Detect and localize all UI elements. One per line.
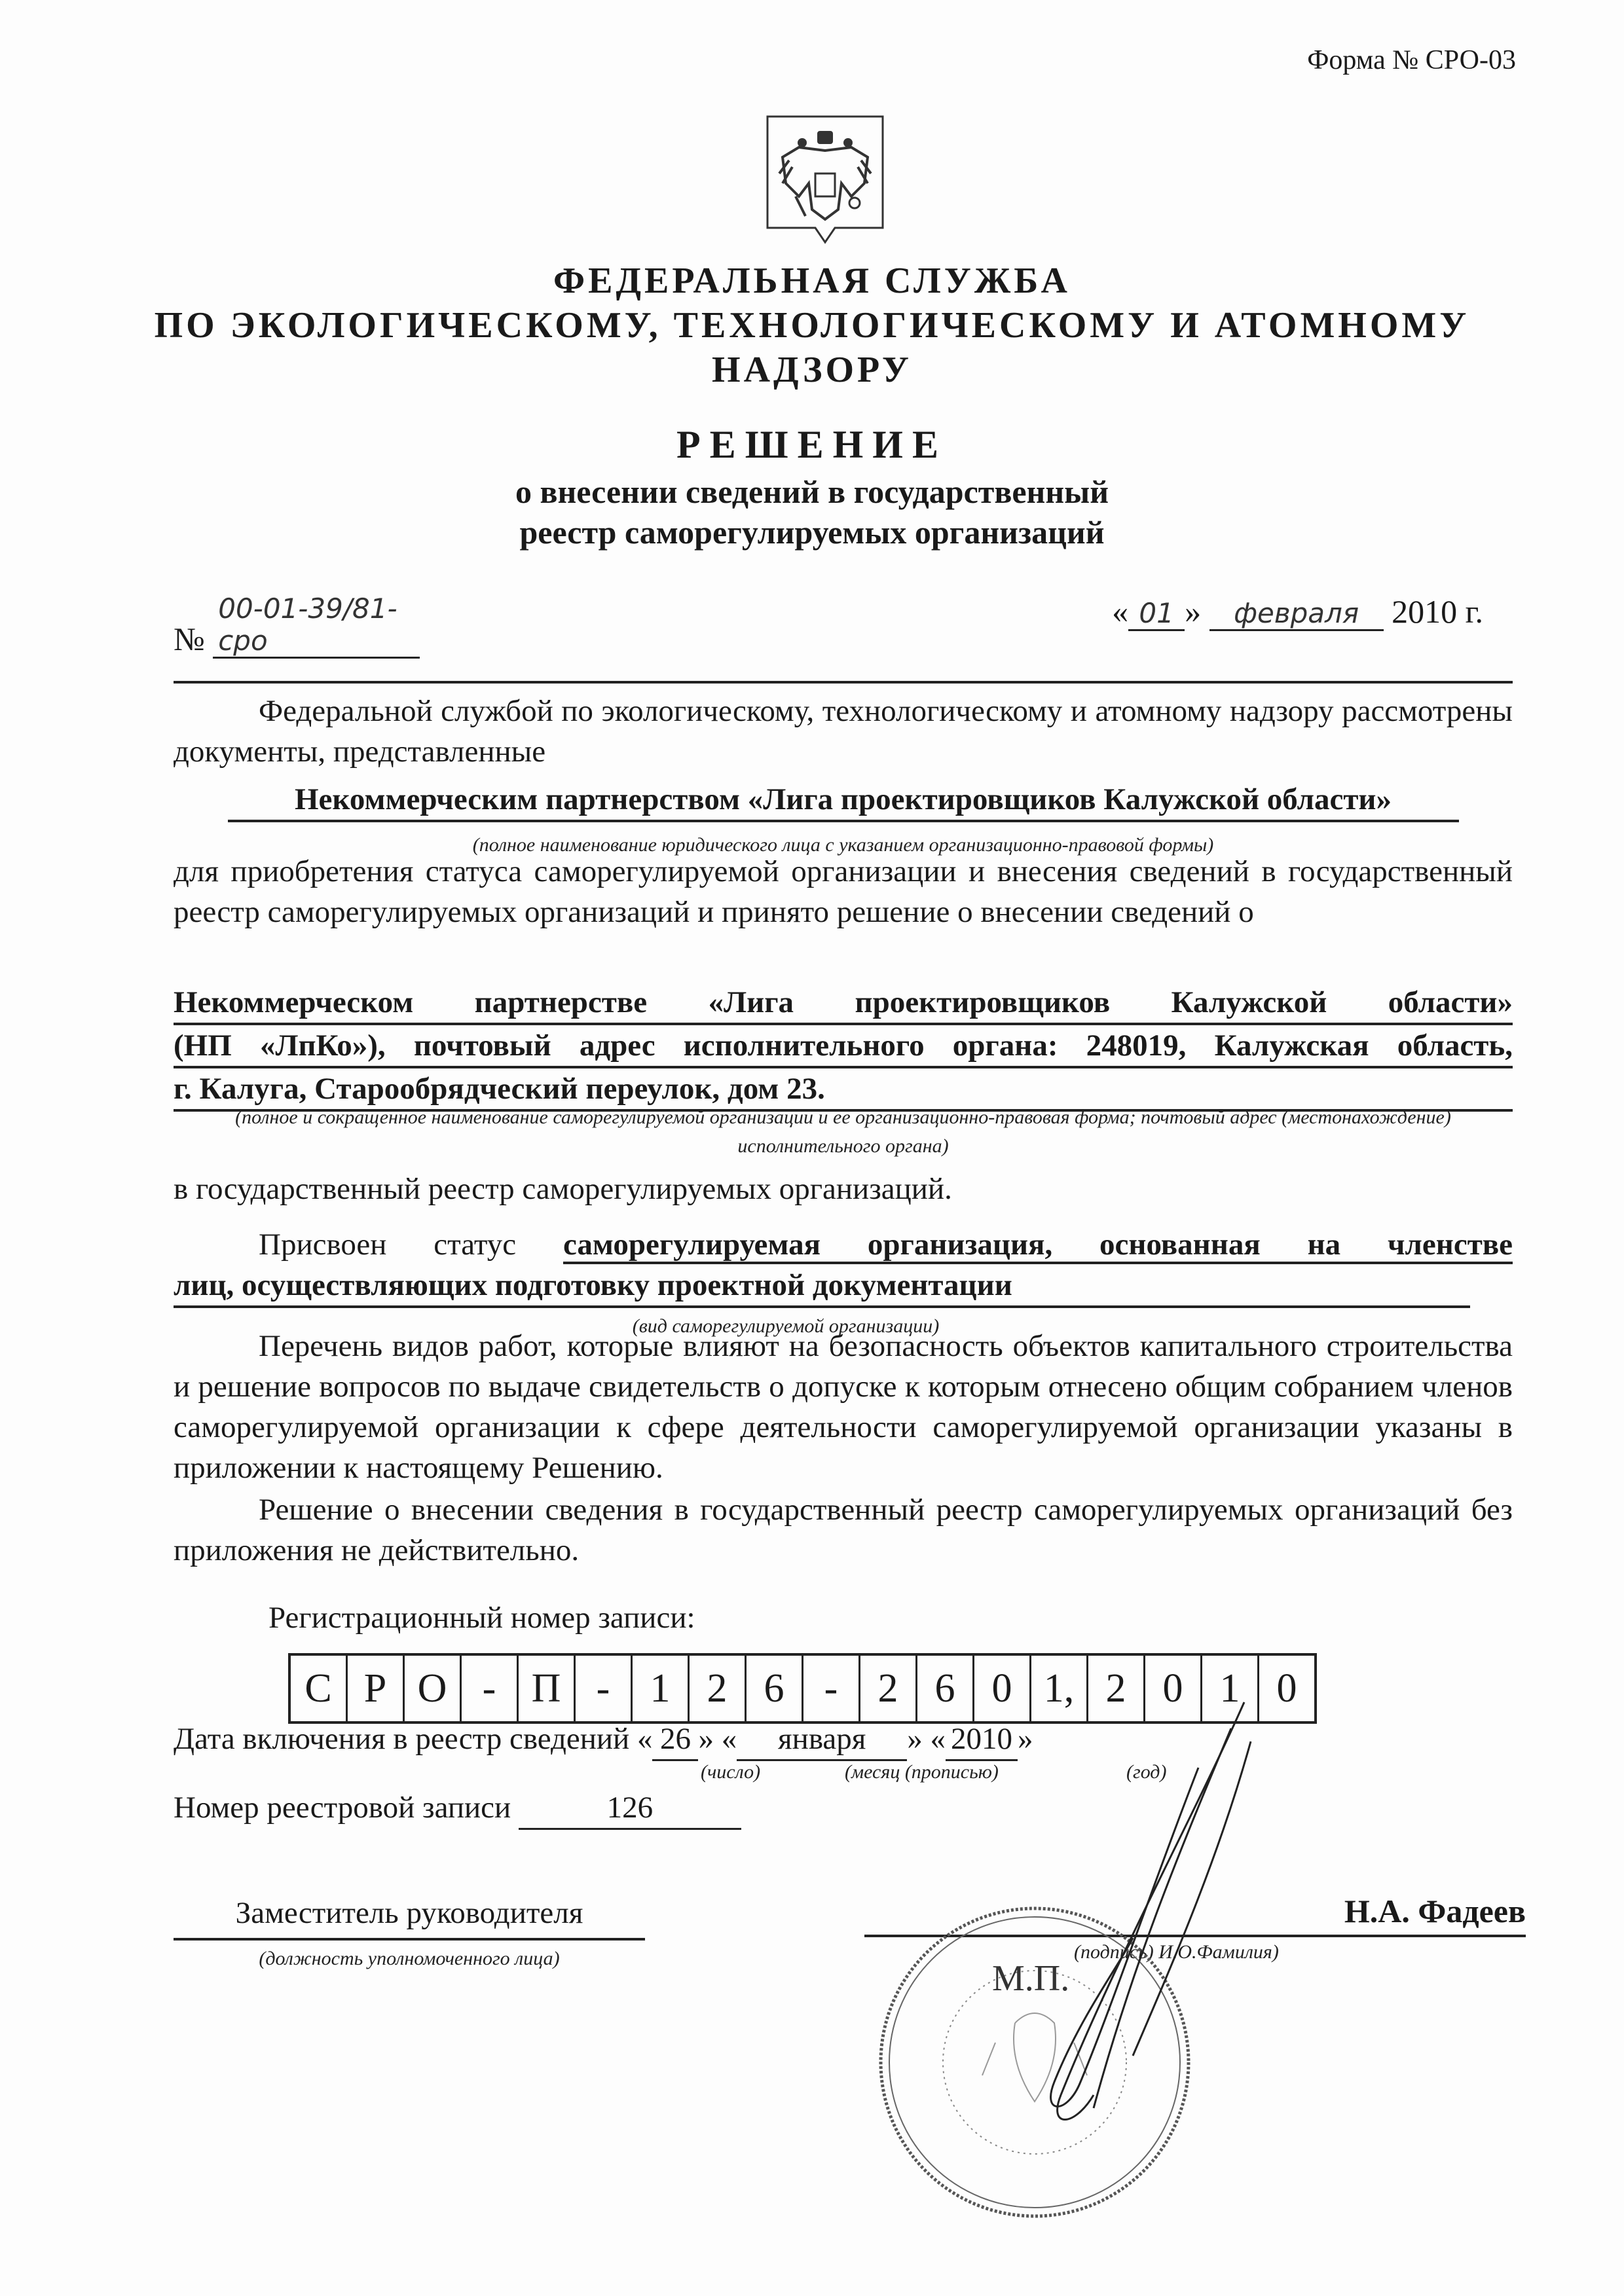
sro-caption: (полное и сокращенное наименование самор… — [174, 1103, 1513, 1161]
decision-date-row: «01» февраля 2010 г. — [1112, 592, 1483, 631]
inclusion-label: Дата включения в реестр сведений — [174, 1722, 629, 1756]
purpose-paragraph: для приобретения статуса саморегулируемо… — [174, 851, 1513, 932]
agency-line: НАДЗОРУ — [0, 348, 1624, 392]
inclusion-month: января — [737, 1719, 907, 1761]
status-value: лиц, осуществляющих подготовку проектной… — [174, 1265, 1470, 1308]
entry-number: 126 — [519, 1787, 741, 1830]
validity-paragraph: Решение о внесении сведения в государств… — [174, 1489, 1513, 1571]
intro-paragraph: Федеральной службой по экологическому, т… — [174, 691, 1513, 772]
month-caption: (месяц (прописью) — [845, 1761, 999, 1783]
document-title: РЕШЕНИЕ — [0, 422, 1624, 467]
subtitle-line: реестр саморегулируемых организаций — [0, 512, 1624, 553]
reg-cell: Р — [347, 1654, 404, 1722]
inclusion-date-row: Дата включения в реестр сведений «26» «я… — [174, 1719, 1513, 1761]
reg-cell: 6 — [746, 1654, 803, 1722]
reg-cell: О — [404, 1654, 461, 1722]
reg-cell: - — [461, 1654, 518, 1722]
works-paragraph: Перечень видов работ, которые влияют на … — [174, 1326, 1513, 1488]
decision-number: 00-01-39/81-сро — [213, 592, 420, 659]
reg-cell: 1 — [632, 1654, 689, 1722]
agency-name: ФЕДЕРАЛЬНАЯ СЛУЖБА ПО ЭКОЛОГИЧЕСКОМУ, ТЕ… — [0, 259, 1624, 392]
handwritten-signature — [982, 1689, 1257, 2160]
number-sign: № — [174, 621, 205, 657]
reg-cell: 6 — [917, 1654, 974, 1722]
applicant-name: Некоммерческим партнерством «Лига проект… — [174, 779, 1513, 822]
signatory-position: Заместитель руководителя — [174, 1895, 645, 1931]
reg-cell: - — [803, 1654, 860, 1722]
reg-cell: П — [518, 1654, 575, 1722]
status-block: Присвоен статус саморегулируемая организ… — [174, 1224, 1513, 1308]
form-number: Форма № СРО-03 — [1307, 45, 1516, 76]
day-caption: (число) — [701, 1761, 760, 1783]
reg-cell: - — [575, 1654, 632, 1722]
subtitle-line: о внесении сведений в государственный — [0, 471, 1624, 512]
document-subtitle: о внесении сведений в государственный ре… — [0, 471, 1624, 553]
position-line — [174, 1938, 645, 1941]
decision-number-row: № 00-01-39/81-сро — [174, 592, 420, 659]
decision-month: февраля — [1209, 597, 1384, 631]
agency-line: ПО ЭКОЛОГИЧЕСКОМУ, ТЕХНОЛОГИЧЕСКОМУ И АТ… — [0, 303, 1624, 348]
reg-cell: 2 — [860, 1654, 917, 1722]
agency-line: ФЕДЕРАЛЬНАЯ СЛУЖБА — [0, 259, 1624, 303]
status-value: саморегулируемая организация, основанная… — [563, 1228, 1513, 1264]
entry-label: Номер реестровой записи — [174, 1791, 511, 1825]
registry-line: в государственный реестр саморегулируемы… — [174, 1169, 1513, 1209]
status-label: Присвоен статус — [259, 1228, 516, 1262]
sro-line: Некоммерческом партнерстве «Лига проекти… — [174, 982, 1513, 1025]
applicant-text: Некоммерческим партнерством «Лига проект… — [228, 779, 1459, 822]
reg-cell: С — [289, 1654, 347, 1722]
registration-label: Регистрационный номер записи: — [268, 1597, 1608, 1638]
signatory-name: Н.А. Фадеев — [1344, 1892, 1526, 1930]
inclusion-day: 26 — [652, 1719, 698, 1761]
decision-day: 01 — [1128, 597, 1185, 631]
entry-number-row: Номер реестровой записи 126 — [174, 1787, 1513, 1830]
sro-line: (НП «ЛпКо»), почтовый адрес исполнительн… — [174, 1025, 1513, 1068]
sro-details: Некоммерческом партнерстве «Лига проекти… — [174, 982, 1513, 1112]
coat-of-arms-icon — [760, 111, 891, 249]
header-divider — [174, 681, 1513, 683]
reg-cell: 2 — [689, 1654, 746, 1722]
position-caption: (должность уполномоченного лица) — [174, 1948, 645, 1970]
decision-year: 2010 г. — [1392, 593, 1483, 630]
reg-cell: 0 — [1259, 1654, 1316, 1722]
